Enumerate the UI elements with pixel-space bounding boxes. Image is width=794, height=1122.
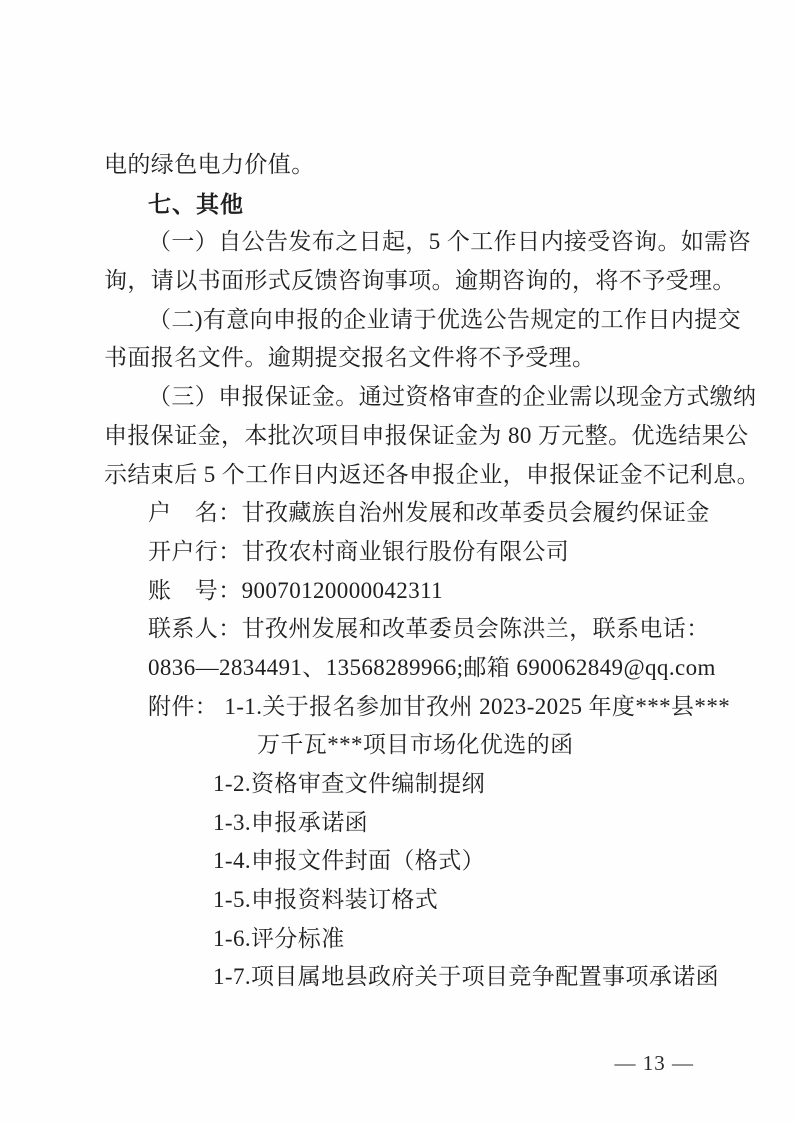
attachment-item-1-continuation: 万千瓦***项目市场化优选的函 bbox=[104, 726, 710, 765]
paragraph-2-line-2: 书面报名文件。逾期提交报名文件将不予受理。 bbox=[104, 339, 710, 378]
paragraph-3-line-3: 示结束后 5 个工作日内返还各申报企业，申报保证金不记利息。 bbox=[104, 456, 710, 495]
body-line-intro: 电的绿色电力价值。 bbox=[104, 146, 710, 185]
attachments-label-line: 附件： 1-1.关于报名参加甘孜州 2023-2025 年度***县*** bbox=[104, 688, 710, 727]
attachment-item-4: 1-4.申报文件封面（格式） bbox=[104, 842, 710, 881]
paragraph-2-line-1: （二)有意向申报的企业请于优选公告规定的工作日内提交 bbox=[104, 301, 710, 340]
attachment-item-6: 1-6.评分标准 bbox=[104, 920, 710, 959]
contact-line-1: 联系人：甘孜州发展和改革委员会陈洪兰，联系电话： bbox=[104, 610, 710, 649]
document-body: 电的绿色电力价值。 七、其他 （一）自公告发布之日起，5 个工作日内接受咨询。如… bbox=[104, 146, 710, 997]
account-bank-line: 开户行：甘孜农村商业银行股份有限公司 bbox=[104, 533, 710, 572]
attachment-item-7: 1-7.项目属地县政府关于项目竞争配置事项承诺函 bbox=[104, 958, 710, 997]
attachment-item-5: 1-5.申报资料装订格式 bbox=[104, 881, 710, 920]
attachment-item-3: 1-3.申报承诺函 bbox=[104, 804, 710, 843]
paragraph-1-line-2: 询，请以书面形式反馈咨询事项。逾期咨询的，将不予受理。 bbox=[104, 262, 710, 301]
paragraph-3-line-2: 申报保证金，本批次项目申报保证金为 80 万元整。优选结果公 bbox=[104, 417, 710, 456]
section-heading: 七、其他 bbox=[104, 185, 710, 224]
paragraph-1-line-1: （一）自公告发布之日起，5 个工作日内接受咨询。如需咨 bbox=[104, 223, 710, 262]
paragraph-3-line-1: （三）申报保证金。通过资格审查的企业需以现金方式缴纳 bbox=[104, 378, 710, 417]
document-page: 电的绿色电力价值。 七、其他 （一）自公告发布之日起，5 个工作日内接受咨询。如… bbox=[0, 0, 794, 1122]
page-number: — 13 — bbox=[615, 1051, 695, 1076]
account-number-line: 账 号：90070120000042311 bbox=[104, 572, 710, 611]
account-holder-line: 户 名：甘孜藏族自治州发展和改革委员会履约保证金 bbox=[104, 494, 710, 533]
contact-line-2: 0836—2834491、13568289966;邮箱 690062849@qq… bbox=[104, 649, 710, 688]
attachment-item-2: 1-2.资格审查文件编制提纲 bbox=[104, 765, 710, 804]
